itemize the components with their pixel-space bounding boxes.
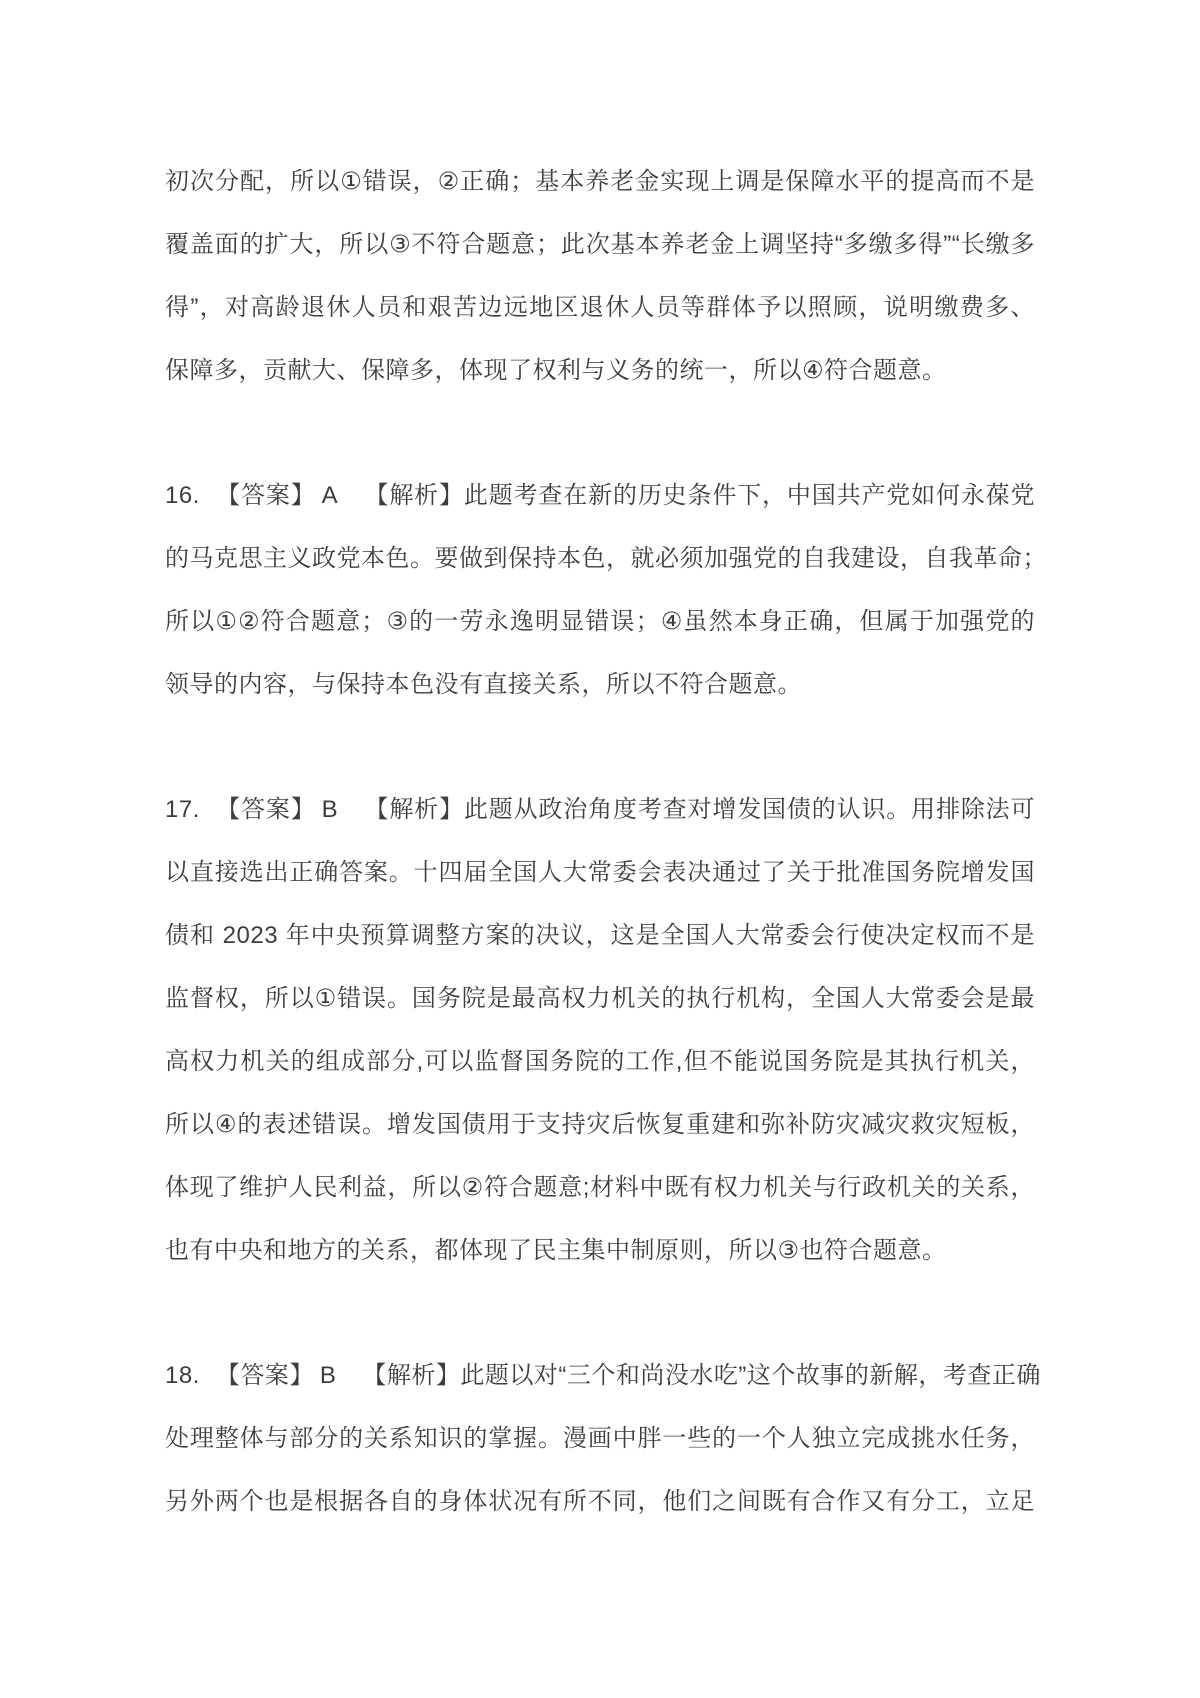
- question-number: 18.: [165, 1362, 200, 1389]
- question-number: 17.: [165, 796, 200, 823]
- answer-first-line: 18.【答案】B【解析】此题以对“三个和尚没水吃”这个故事的新解，考查正确: [165, 1344, 1035, 1407]
- answer-line: 也有中央和地方的关系，都体现了民主集中制原则，所以③也符合题意。: [165, 1219, 1035, 1282]
- answer-line: 另外两个也是根据各自的身体状况有所不同，他们之间既有合作又有分工，立足: [165, 1470, 1035, 1533]
- analysis-text: 此题考查在新的历史条件下，中国共产党如何永葆党: [464, 482, 1035, 509]
- answer-first-line: 17.【答案】B【解析】此题从政治角度考查对增发国债的认识。用排除法可: [165, 778, 1035, 841]
- answer-line: 所以①②符合题意；③的一劳永逸明显错误；④虽然本身正确，但属于加强党的: [165, 590, 1035, 653]
- document-page: 初次分配，所以①错误，②正确；基本养老金实现上调是保障水平的提高而不是 覆盖面的…: [0, 0, 1200, 1698]
- answer-line: 覆盖面的扩大，所以③不符合题意；此次基本养老金上调坚持“多缴多得”“长缴多: [165, 213, 1035, 276]
- answer-value: A: [322, 482, 339, 509]
- answer-line: 的马克思主义政党本色。要做到保持本色，就必须加强党的自我建设，自我革命；: [165, 527, 1035, 590]
- answer-line: 保障多，贡献大、保障多，体现了权利与义务的统一，所以④符合题意。: [165, 339, 1035, 402]
- answer-line: 领导的内容，与保持本色没有直接关系，所以不符合题意。: [165, 653, 1035, 716]
- document-content: 初次分配，所以①错误，②正确；基本养老金实现上调是保障水平的提高而不是 覆盖面的…: [165, 150, 1035, 1533]
- answer-line: 初次分配，所以①错误，②正确；基本养老金实现上调是保障水平的提高而不是: [165, 150, 1035, 213]
- answer-line: 高权力机关的组成部分,可以监督国务院的工作,但不能说国务院是其执行机关，: [165, 1030, 1035, 1093]
- answer-line: 债和 2023 年中央预算调整方案的决议，这是全国人大常委会行使决定权而不是: [165, 904, 1035, 967]
- answer-line: 监督权，所以①错误。国务院是最高权力机关的执行机构，全国人大常委会是最: [165, 967, 1035, 1030]
- answer-line: 处理整体与部分的关系知识的掌握。漫画中胖一些的一个人独立完成挑水任务，: [165, 1407, 1035, 1470]
- analysis-label: 【解析】: [364, 482, 464, 509]
- answer-line: 以直接选出正确答案。十四届全国人大常委会表决通过了关于批准国务院增发国: [165, 841, 1035, 904]
- analysis-text: 此题从政治角度考查对增发国债的认识。用排除法可: [464, 796, 1035, 823]
- answer-value: B: [320, 1362, 337, 1389]
- analysis-label: 【解析】: [362, 1362, 460, 1389]
- answer-line: 所以④的表述错误。增发国债用于支持灾后恢复重建和弥补防灾减灾救灾短板，: [165, 1093, 1035, 1156]
- answer-first-line: 16.【答案】A【解析】此题考查在新的历史条件下，中国共产党如何永葆党: [165, 464, 1035, 527]
- analysis-label: 【解析】: [364, 796, 464, 823]
- answer-block-17: 17.【答案】B【解析】此题从政治角度考查对增发国债的认识。用排除法可 以直接选…: [165, 778, 1035, 1282]
- answer-block-18: 18.【答案】B【解析】此题以对“三个和尚没水吃”这个故事的新解，考查正确 处理…: [165, 1344, 1035, 1533]
- answer-line: 得”，对高龄退休人员和艰苦边远地区退休人员等群体予以照顾，说明缴费多、: [165, 276, 1035, 339]
- answer-label: 【答案】: [216, 1362, 314, 1389]
- answer-value: B: [322, 796, 339, 823]
- analysis-text: 此题以对“三个和尚没水吃”这个故事的新解，考查正确: [460, 1362, 1040, 1389]
- question-number: 16.: [165, 482, 200, 509]
- answer-label: 【答案】: [216, 796, 316, 823]
- answer-block-continuation: 初次分配，所以①错误，②正确；基本养老金实现上调是保障水平的提高而不是 覆盖面的…: [165, 150, 1035, 402]
- answer-label: 【答案】: [216, 482, 316, 509]
- answer-line: 体现了维护人民利益，所以②符合题意;材料中既有权力机关与行政机关的关系，: [165, 1156, 1035, 1219]
- answer-block-16: 16.【答案】A【解析】此题考查在新的历史条件下，中国共产党如何永葆党 的马克思…: [165, 464, 1035, 716]
